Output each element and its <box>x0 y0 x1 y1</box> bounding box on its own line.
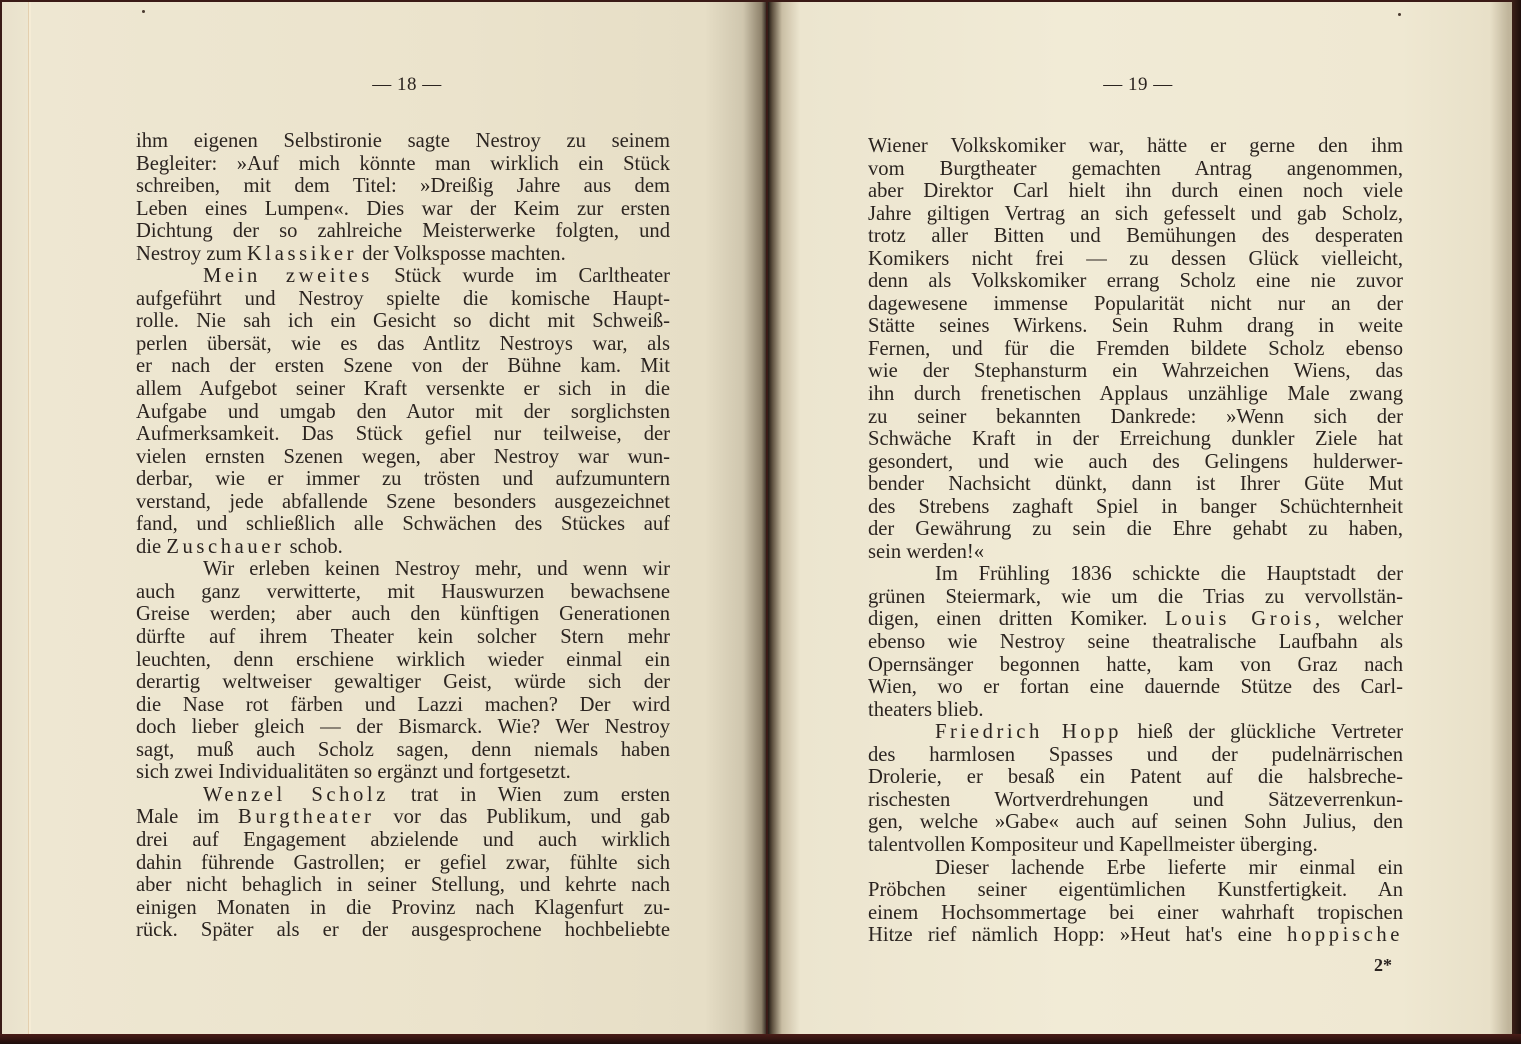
text-line: er nach der ersten Szene von der Bühne k… <box>136 355 670 378</box>
text-line: gen, welche »Gabe« auch auf seinen Sohn … <box>868 811 1403 834</box>
text-line: dürfte auf ihrem Theater kein solcher St… <box>136 626 670 649</box>
text-line: rolle. Nie sah ich ein Gesicht so dicht … <box>136 310 670 333</box>
emphasized-text: Zuschauer <box>166 536 284 558</box>
text-line: Jahre giltigen Vertrag an sich gefesselt… <box>868 203 1403 226</box>
text-line: Male im Burgtheater vor das Publikum, un… <box>136 806 670 829</box>
text-line: digen, einen dritten Komiker. Louis Groi… <box>868 608 1403 631</box>
text-line: trotz aller Bitten und Bemühungen des de… <box>868 225 1403 248</box>
emphasized-text: Louis Grois <box>1165 608 1315 630</box>
book-spread: — 18 — ihm eigenen Selbstironie sagte Ne… <box>0 0 1521 1044</box>
text-line: Opernsänger begonnen hatte, kam von Graz… <box>868 654 1403 677</box>
text-line: schreiben, mit dem Titel: »Dreißig Jahre… <box>136 175 670 198</box>
text-line: aufgeführt und Nestroy spielte die komis… <box>136 288 670 311</box>
text-line: dagewesene immense Popularität nicht nur… <box>868 293 1403 316</box>
text-line: dahin führende Gastrollen; er gefiel zwa… <box>136 852 670 875</box>
right-page: — 19 — Wiener Volkskomiker war, hätte er… <box>768 2 1512 1036</box>
text-line: doch lieber gleich — der Bismarck. Wie? … <box>136 716 670 739</box>
text-line: bender Nachsicht dünkt, dann ist Ihrer G… <box>868 473 1403 496</box>
emphasized-text: Mein zweites <box>203 265 373 287</box>
text-line: Stätte seines Wirkens. Sein Ruhm drang i… <box>868 315 1403 338</box>
text-line: Dieser lachende Erbe lieferte mir einmal… <box>868 857 1403 880</box>
paper-speck <box>1398 13 1401 16</box>
text-line: sein werden!« <box>868 541 1403 564</box>
text-line: sagt, muß auch Scholz sagen, denn niemal… <box>136 739 670 762</box>
text-line: Hitze rief nämlich Hopp: »Heut hat's ein… <box>868 924 1403 947</box>
text-line: ebenso wie Nestroy seine theatralische L… <box>868 631 1403 654</box>
text-line: Komikers nicht frei — zu dessen Glück vi… <box>868 248 1403 271</box>
text-line: Dichtung der so zahlreiche Meisterwerke … <box>136 220 670 243</box>
text-line: derartig weltweiser gewaltiger Geist, wü… <box>136 671 670 694</box>
text-line: denn als Volkskomiker errang Scholz eine… <box>868 270 1403 293</box>
text-line: ihn durch frenetischen Applaus unzählige… <box>868 383 1403 406</box>
text-line: der Gewährung zu sein die Ehre gehabt zu… <box>868 518 1403 541</box>
text-line: Wiener Volkskomiker war, hätte er gerne … <box>868 135 1403 158</box>
text-line: vom Burgtheater gemachten Antrag angenom… <box>868 158 1403 181</box>
left-page-body-text: ihm eigenen Selbstironie sagte Nestroy z… <box>136 130 670 942</box>
emphasized-text: Burgtheater <box>238 806 374 828</box>
page-number-left: — 18 — <box>307 74 507 96</box>
text-line: grünen Steiermark, wie um die Trias zu v… <box>868 586 1403 609</box>
right-page-body-text: Wiener Volkskomiker war, hätte er gerne … <box>868 135 1403 947</box>
text-line: Wir erleben keinen Nestroy mehr, und wen… <box>136 558 670 581</box>
text-line: aber Direktor Carl hielt ihn durch einen… <box>868 180 1403 203</box>
text-line: zu seiner bekannten Dankrede: »Wenn sich… <box>868 406 1403 429</box>
text-line: derbar, wie er immer zu trösten und aufz… <box>136 468 670 491</box>
text-line: Fernen, und für die Fremden bildete Scho… <box>868 338 1403 361</box>
text-line: talentvollen Kompositeur und Kapellmeist… <box>868 834 1403 857</box>
emphasized-text: Friedrich Hopp <box>935 721 1122 743</box>
text-line: wie der Stephansturm ein Wahrzeichen Wie… <box>868 360 1403 383</box>
text-line: fand, und schließlich alle Schwächen des… <box>136 513 670 536</box>
text-line: die Nase rot färben und Lazzi machen? De… <box>136 694 670 717</box>
text-line: perlen übersät, wie es das Antlitz Nestr… <box>136 333 670 356</box>
text-line: Schwäche Kraft in der Erreichung dunkler… <box>868 428 1403 451</box>
text-line: gesondert, und wie auch des Gelingens hu… <box>868 451 1403 474</box>
left-page: — 18 — ihm eigenen Selbstironie sagte Ne… <box>2 2 766 1036</box>
emphasized-text: hoppische <box>1287 924 1403 946</box>
book-cover-edge-right <box>1512 0 1521 1044</box>
text-line: einigen Monaten in die Provinz nach Klag… <box>136 897 670 920</box>
signature-mark: 2* <box>1374 955 1392 976</box>
text-line: aber nicht behaglich in seiner Stellung,… <box>136 874 670 897</box>
text-line: ihm eigenen Selbstironie sagte Nestroy z… <box>136 130 670 153</box>
paper-speck <box>142 10 145 13</box>
text-line: theaters blieb. <box>868 699 1403 722</box>
text-line: drei auf Engagement abzielende und auch … <box>136 829 670 852</box>
text-line: verstand, jede abfallende Szene besonder… <box>136 491 670 514</box>
text-line: des Strebens zaghaft Spiel in banger Sch… <box>868 496 1403 519</box>
emphasized-text: Wenzel Scholz <box>203 784 389 806</box>
text-line: Leben eines Lumpen«. Dies war der Keim z… <box>136 198 670 221</box>
page-number-right: — 19 — <box>1038 74 1238 96</box>
text-line: sich zwei Individualitäten so ergänzt un… <box>136 761 670 784</box>
text-line: Aufgabe und umgab den Autor mit der sorg… <box>136 401 670 424</box>
text-line: Im Frühling 1836 schickte die Hauptstadt… <box>868 563 1403 586</box>
text-line: Nestroy zum Klassiker der Volksposse mac… <box>136 243 670 266</box>
text-line: des harmlosen Spasses und der pudelnärri… <box>868 744 1403 767</box>
text-line: auch ganz verwitterte, mit Hauswurzen be… <box>136 581 670 604</box>
text-line: rischesten Wortverdrehungen und Sätzever… <box>868 789 1403 812</box>
text-line: rück. Später als er der ausgesprochene h… <box>136 919 670 942</box>
book-cover-edge-bottom <box>0 1034 1521 1044</box>
text-line: Wenzel Scholz trat in Wien zum ersten <box>136 784 670 807</box>
emphasized-text: Klassiker <box>247 243 357 265</box>
text-line: Drolerie, er besaß ein Patent auf die ha… <box>868 766 1403 789</box>
text-line: Pröbchen seiner eigentümlichen Kunstfert… <box>868 879 1403 902</box>
text-line: einem Hochsommertage bei einer wahrhaft … <box>868 902 1403 925</box>
text-line: allem Aufgebot seiner Kraft versenkte er… <box>136 378 670 401</box>
text-line: Mein zweites Stück wurde im Carltheater <box>136 265 670 288</box>
text-line: die Zuschauer schob. <box>136 536 670 559</box>
text-line: Wien, wo er fortan eine dauernde Stütze … <box>868 676 1403 699</box>
text-line: Greise werden; aber auch den künftigen G… <box>136 603 670 626</box>
text-line: Begleiter: »Auf mich könnte man wirklich… <box>136 153 670 176</box>
text-line: vielen ernsten Szenen wegen, aber Nestro… <box>136 446 670 469</box>
text-line: Friedrich Hopp hieß der glückliche Vertr… <box>868 721 1403 744</box>
text-line: leuchten, denn erschiene wirklich wieder… <box>136 649 670 672</box>
text-line: Aufmerksamkeit. Das Stück gefiel nur tei… <box>136 423 670 446</box>
